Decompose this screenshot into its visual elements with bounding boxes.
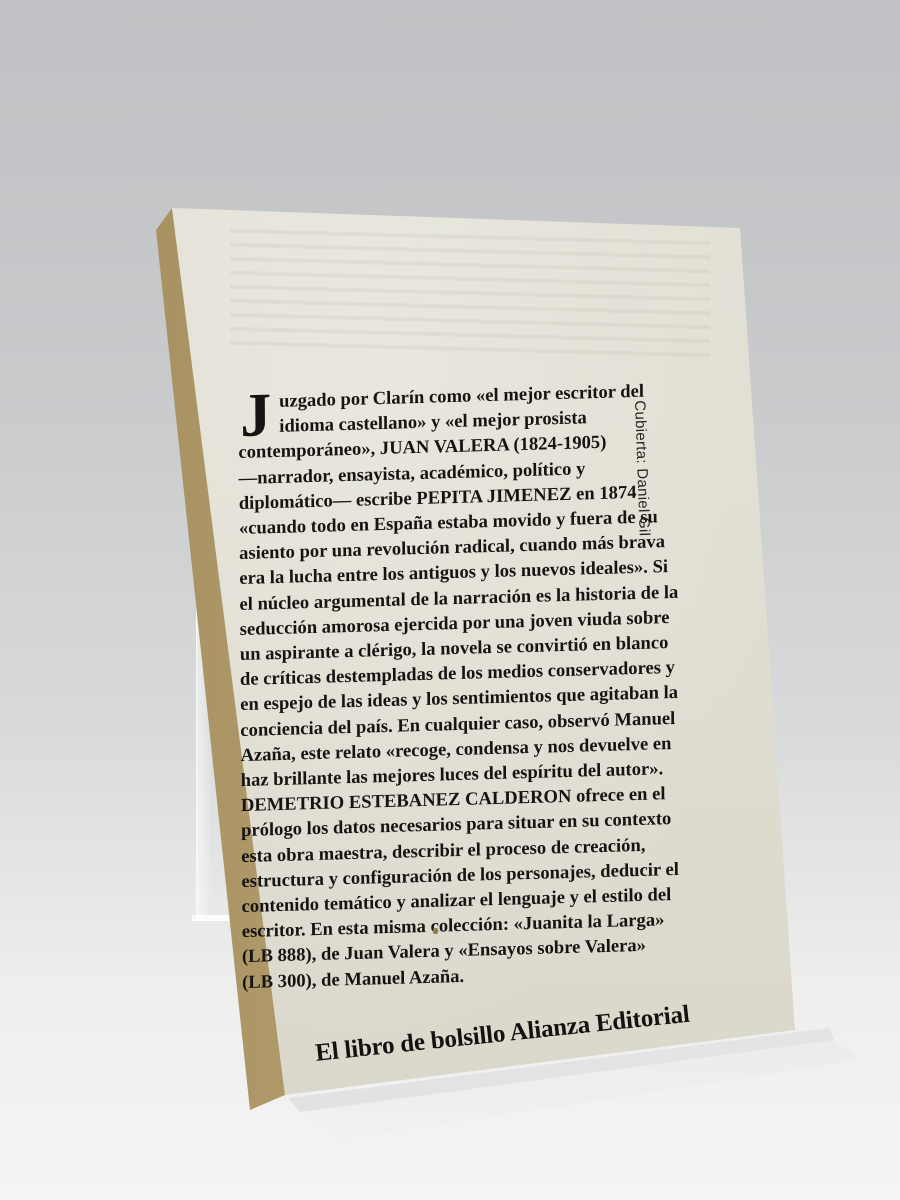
book: J uzgado por Clarín como «el mejor escri… (0, 0, 900, 1200)
paper-stain (433, 928, 438, 934)
photo-scene: J uzgado por Clarín como «el mejor escri… (0, 0, 900, 1200)
show-through-text (230, 229, 710, 362)
drop-cap: J (240, 391, 271, 440)
